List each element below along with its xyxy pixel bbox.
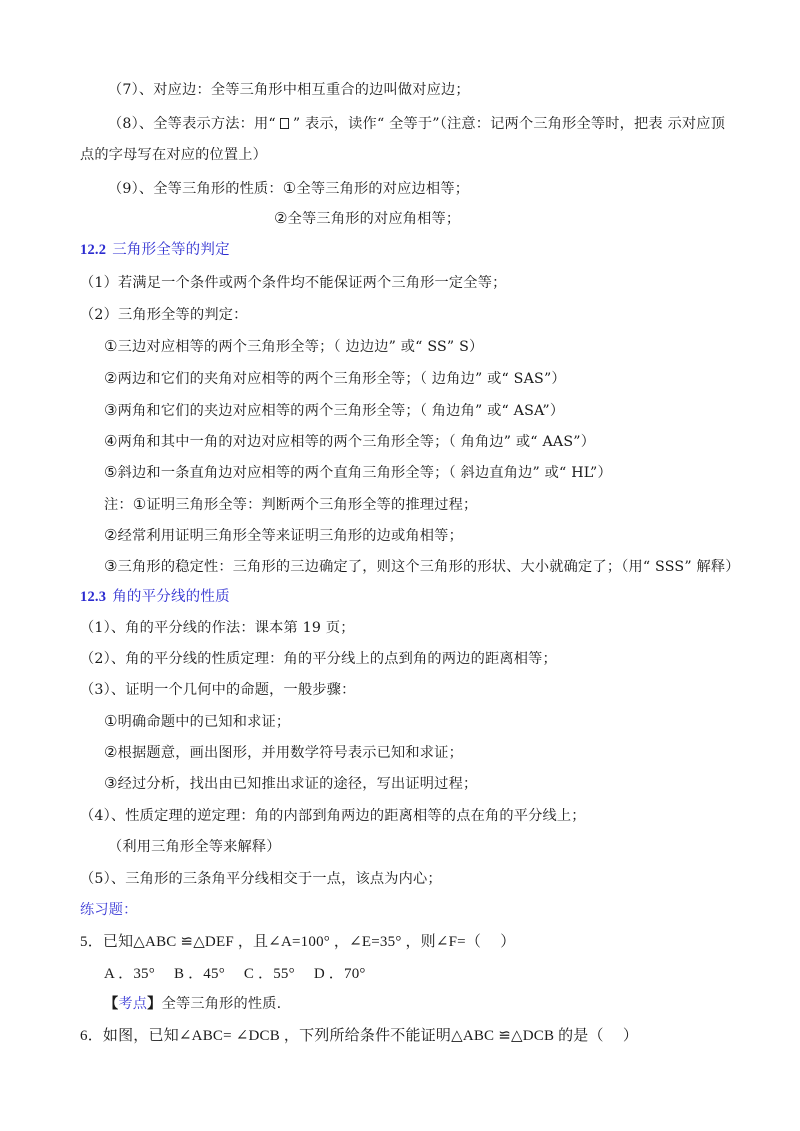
- section-number: 12.2: [80, 242, 106, 258]
- item-9-property-1: 全等三角形的对应边相等；: [296, 181, 469, 197]
- section-12-3-item-5: （5）、三角形的三条角平分线相交于一点，该点为内心；: [80, 870, 442, 888]
- note-3: ③三角形的稳定性：三角形的三边确定了，则这个三角形的形状、大小就确定了；（用“ …: [104, 557, 740, 576]
- note-1: 注：①证明三角形全等：判断两个三角形全等的推理过程；: [104, 495, 477, 514]
- item-8-line-2: 点的字母写在对应的位置上）: [80, 146, 267, 164]
- section-12-3-item-1: （1）、角的平分线的作法：课本第 19 页；: [80, 619, 355, 637]
- exercises-heading: 练习题：: [80, 901, 138, 919]
- circled-2-icon: ②: [104, 369, 118, 387]
- item-7: （7）、对应边：全等三角形中相互重合的边叫做对应边；: [108, 81, 470, 99]
- section-12-3-item-3: （3）、证明一个几何中的命题，一般步骤：: [80, 681, 356, 699]
- section-title: 三角形全等的判定: [112, 242, 230, 258]
- criterion-text: 斜边和一条直角边对应相等的两个直角三角形全等；（ 斜边直角边” 或“ HL”）: [118, 465, 612, 481]
- item-9: （9）、全等三角形的性质：①全等三角形的对应边相等；: [108, 179, 469, 198]
- item-9-property-2: 全等三角形的对应角相等；: [288, 211, 461, 227]
- kaodian-text: 全等三角形的性质.: [162, 996, 282, 1012]
- step-text: 根据题意，画出图形，并用数学符号表示已知和求证；: [118, 745, 463, 761]
- congruence-symbol-box-icon: [280, 118, 289, 129]
- bracket-open: 【: [104, 996, 118, 1012]
- question-5-options: A ．35° B ．45° C ．55° D ．70°: [104, 964, 380, 983]
- step-text: 明确命题中的已知和求证；: [118, 714, 291, 730]
- section-12-3-item-4: （4）、性质定理的逆定理：角的内部到角两边的距离相等的点在角的平分线上；: [80, 807, 586, 825]
- circled-1-icon: ①: [104, 337, 118, 355]
- note-text: 三角形的稳定性：三角形的三边确定了，则这个三角形的形状、大小就确定了；（用“ S…: [118, 559, 740, 575]
- step-3: ③经过分析，找出由已知推出求证的途径，写出证明过程；: [104, 774, 477, 793]
- criterion-sas: ②两边和它们的夹角对应相等的两个三角形全等；（ 边角边” 或“ SAS”）: [104, 369, 566, 388]
- circled-3-icon: ③: [104, 557, 118, 575]
- section-number: 12.3: [80, 589, 106, 605]
- section-12-3-item-2: （2）、角的平分线的性质定理：角的平分线上的点到角的两边的距离相等；: [80, 650, 557, 668]
- circled-5-icon: ⑤: [104, 463, 118, 481]
- circled-3-icon: ③: [104, 774, 118, 792]
- section-title: 角的平分线的性质: [112, 589, 230, 605]
- question-6-stem: 6．如图，已知∠ABC= ∠DCB ，下列所给条件不能证明△ABC ≌△DCB …: [80, 1027, 638, 1045]
- section-12-3-item-4-note: （利用三角形全等来解释）: [108, 838, 281, 856]
- section-heading-12-2: 12.2三角形全等的判定: [80, 241, 230, 259]
- item-8-suffix: ” 表示，读作“ 全等于”（注意：记两个三角形全等时，把表 示对应顶: [293, 116, 725, 132]
- section-12-2-item-2: （2）三角形全等的判定：: [80, 306, 248, 324]
- circled-1-icon: ①: [283, 179, 297, 197]
- item-9-label: （9）、全等三角形的性质：: [108, 181, 283, 197]
- question-5-kaodian: 【考点】全等三角形的性质.: [104, 995, 281, 1013]
- item-8-prefix: （8）、全等表示方法：用“: [108, 116, 276, 132]
- criterion-asa: ③两角和它们的夹边对应相等的两个三角形全等；（ 角边角” 或“ ASA”）: [104, 401, 564, 420]
- bracket-close: 】: [147, 996, 161, 1012]
- circled-2-icon: ②: [104, 743, 118, 761]
- item-8-line-1: （8）、全等表示方法：用“” 表示，读作“ 全等于”（注意：记两个三角形全等时，…: [108, 115, 725, 133]
- section-heading-12-3: 12.3角的平分线的性质: [80, 588, 230, 606]
- circled-1-icon: ①: [104, 712, 118, 730]
- question-5-stem: 5．已知△ABC ≌△DEF ，且∠A=100° ，∠E=35° ，则∠F=（ …: [80, 933, 515, 951]
- circled-2-icon: ②: [274, 209, 288, 227]
- criterion-sss: ①三边对应相等的两个三角形全等；（ 边边边” 或“ SS” S）: [104, 337, 483, 356]
- note-text: 证明三角形全等：判断两个三角形全等的推理过程；: [146, 497, 477, 513]
- circled-4-icon: ④: [104, 432, 118, 450]
- note-text: 经常利用证明三角形全等来证明三角形的边或角相等；: [118, 528, 463, 544]
- criterion-text: 两角和它们的夹边对应相等的两个三角形全等；（ 角边角” 或“ ASA”）: [118, 403, 565, 419]
- option-d[interactable]: D ．70°: [314, 966, 366, 982]
- note-2: ②经常利用证明三角形全等来证明三角形的边或角相等；: [104, 526, 463, 545]
- item-9-property-2-line: ②全等三角形的对应角相等；: [274, 209, 460, 228]
- step-1: ①明确命题中的已知和求证；: [104, 712, 290, 731]
- notes-label: 注：: [104, 497, 133, 513]
- criterion-text: 三边对应相等的两个三角形全等；（ 边边边” 或“ SS” S）: [118, 339, 484, 355]
- circled-2-icon: ②: [104, 526, 118, 544]
- section-12-2-item-1: （1）若满足一个条件或两个条件均不能保证两个三角形一定全等；: [80, 274, 506, 292]
- criterion-text: 两角和其中一角的对边对应相等的两个三角形全等；（ 角角边” 或“ AAS”）: [118, 434, 595, 450]
- criterion-text: 两边和它们的夹角对应相等的两个三角形全等；（ 边角边” 或“ SAS”）: [118, 371, 566, 387]
- option-b[interactable]: B ．45°: [174, 966, 225, 982]
- criterion-hl: ⑤斜边和一条直角边对应相等的两个直角三角形全等；（ 斜边直角边” 或“ HL”）: [104, 463, 612, 482]
- option-a[interactable]: A ．35°: [104, 966, 155, 982]
- kaodian-label: 考点: [118, 996, 147, 1012]
- option-c[interactable]: C ．55°: [244, 966, 295, 982]
- step-2: ②根据题意，画出图形，并用数学符号表示已知和求证；: [104, 743, 463, 762]
- criterion-aas: ④两角和其中一角的对边对应相等的两个三角形全等；（ 角角边” 或“ AAS”）: [104, 432, 595, 451]
- circled-3-icon: ③: [104, 401, 118, 419]
- circled-1-icon: ①: [133, 495, 147, 513]
- step-text: 经过分析，找出由已知推出求证的途径，写出证明过程；: [118, 776, 478, 792]
